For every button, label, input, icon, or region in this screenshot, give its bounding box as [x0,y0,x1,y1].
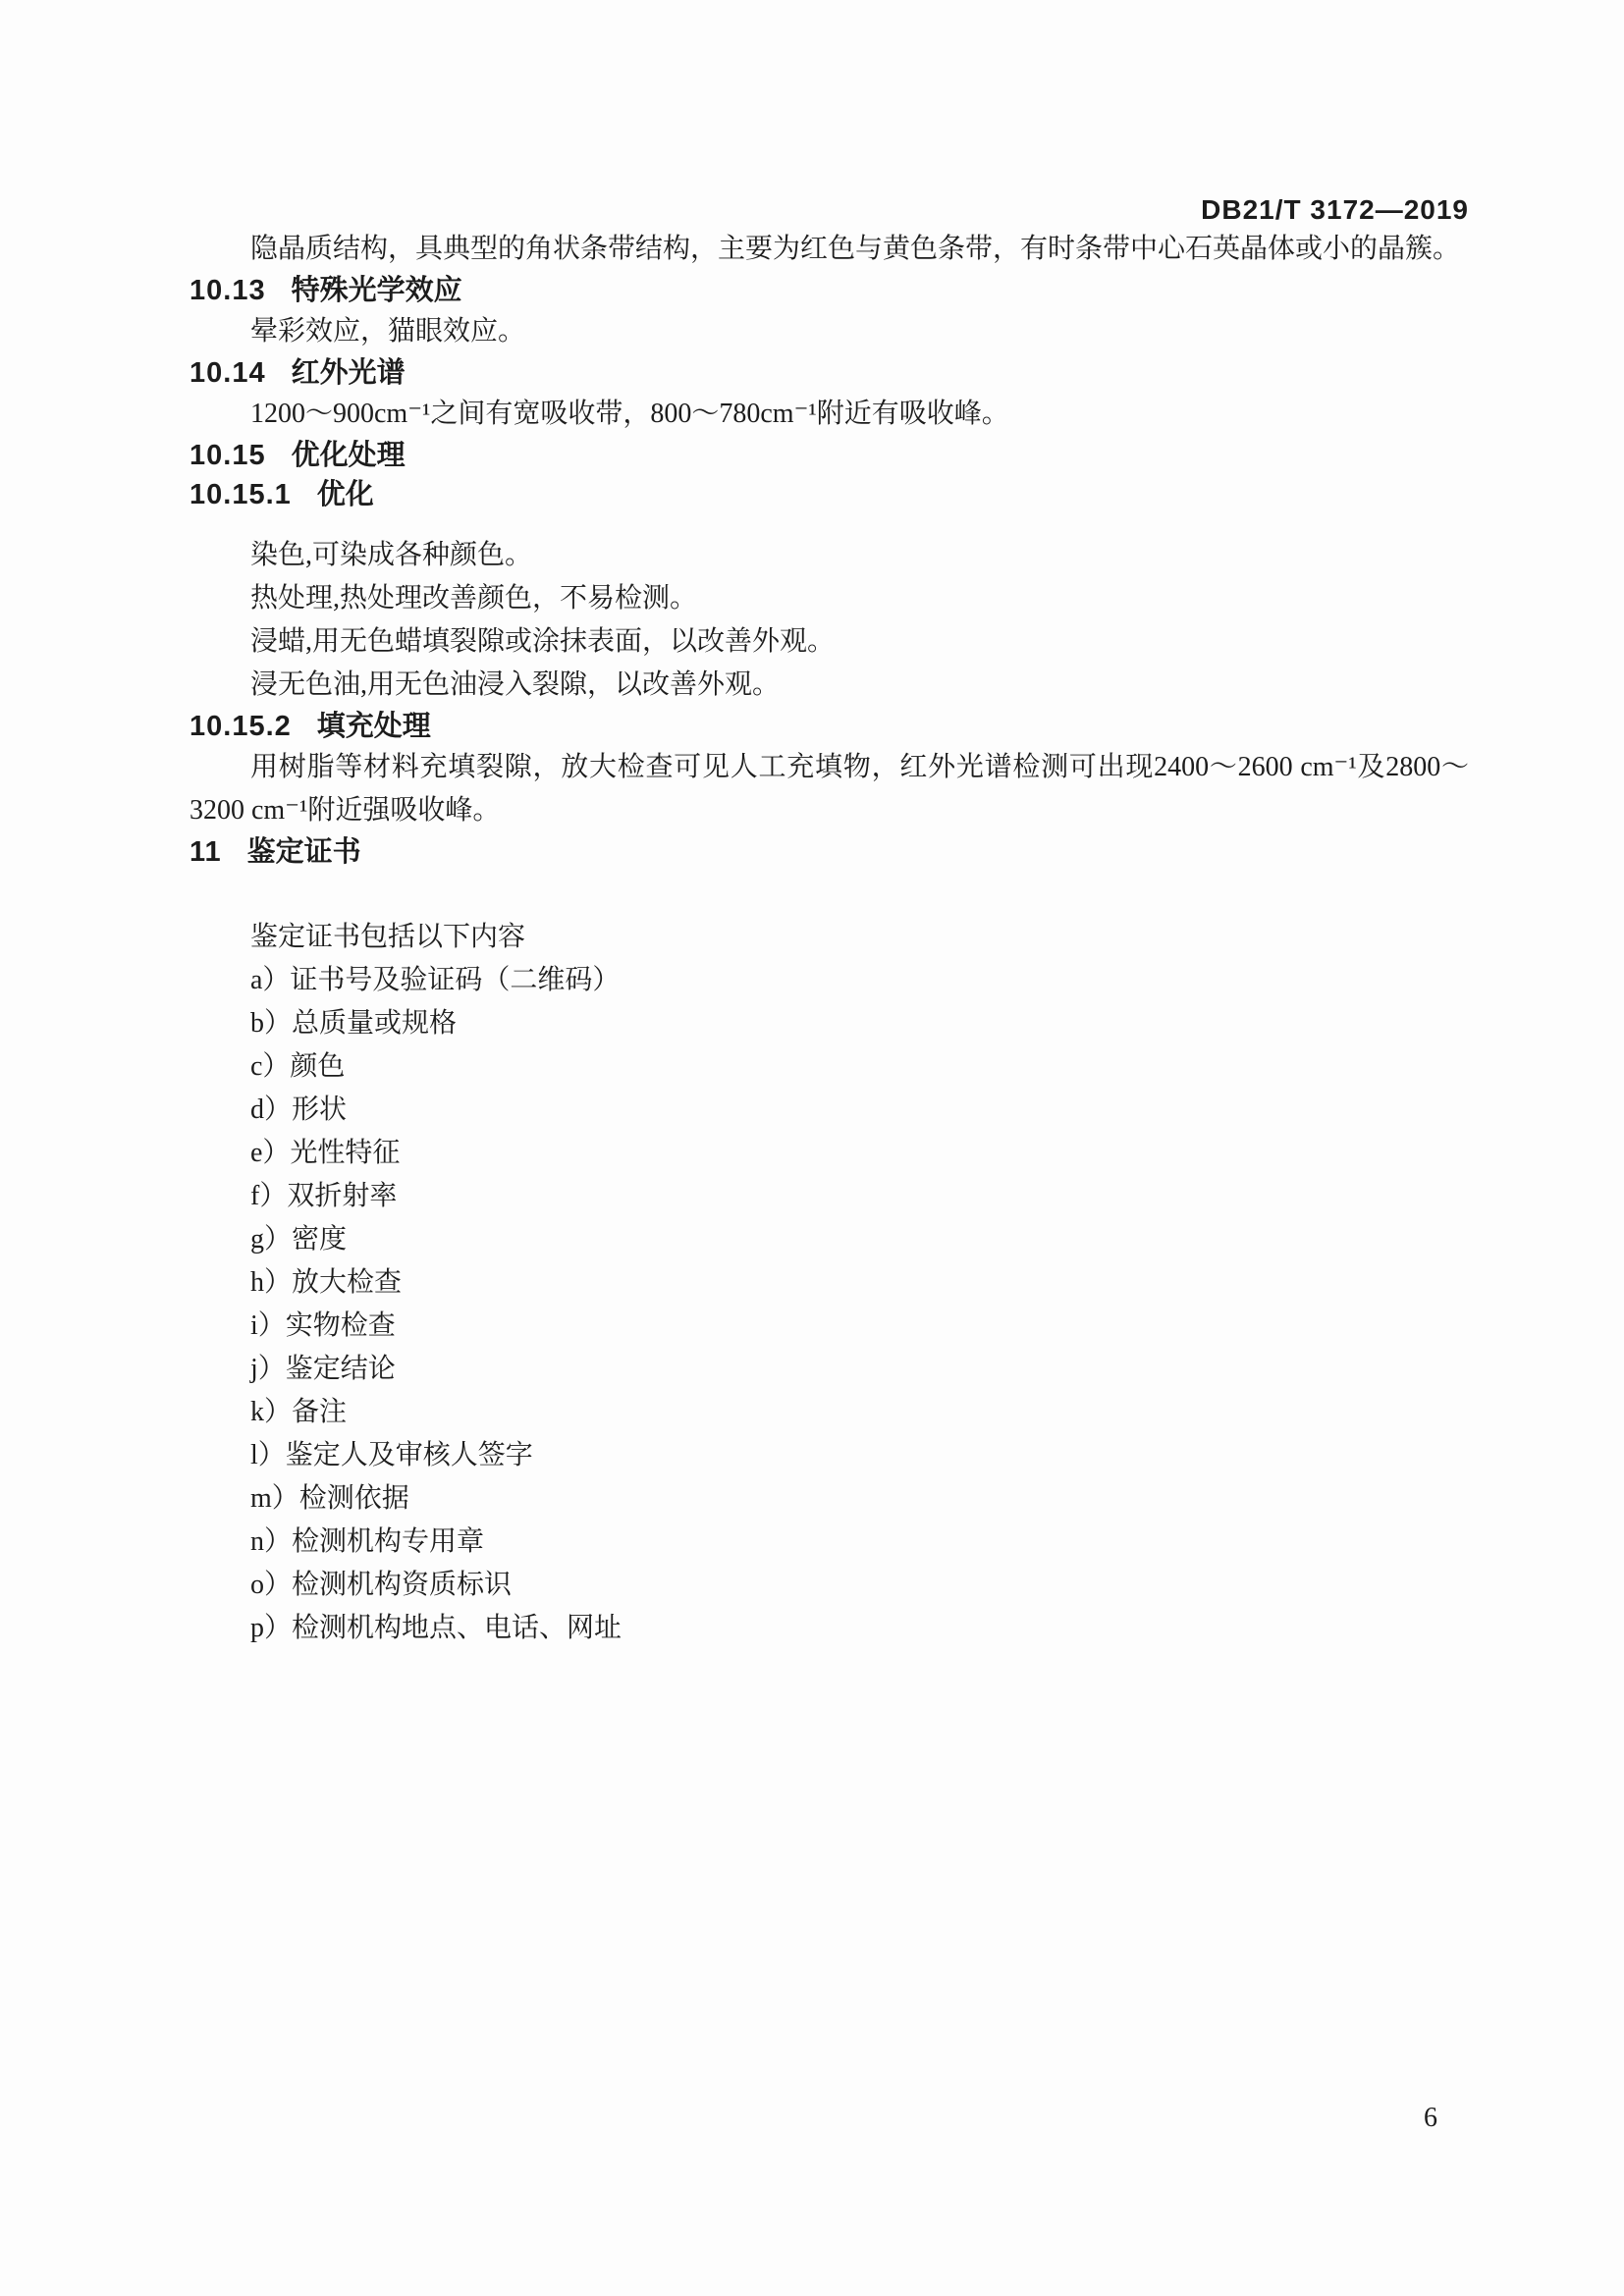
certificate-content-list: a）证书号及验证码（二维码） b）总质量或规格 c）颜色 d）形状 e）光性特征… [250,959,1469,1650]
heading-10-13-title: 特殊光学效应 [292,275,462,306]
heading-10-15: 10.15优化处理 [189,436,1469,475]
list-item: f）双折射率 [250,1175,1469,1218]
list-item: h）放大检查 [250,1261,1469,1305]
optimization-line: 热处理,热处理改善颜色，不易检测。 [250,577,1469,620]
doc-code-header: DB21/T 3172—2019 [189,192,1469,228]
heading-10-15-title: 优化处理 [292,440,406,471]
list-item: m）检测依据 [250,1477,1469,1521]
heading-11-title: 鉴定证书 [247,836,361,868]
list-item: a）证书号及验证码（二维码） [250,959,1469,1002]
heading-10-14-number: 10.14 [189,357,266,389]
list-item: l）鉴定人及审核人签字 [250,1434,1469,1477]
para-certificate-intro: 鉴定证书包括以下内容 [250,916,1469,959]
heading-10-13: 10.13特殊光学效应 [189,271,1469,310]
heading-10-15-1-title: 优化 [317,479,374,510]
heading-10-14: 10.14红外光谱 [189,353,1469,393]
heading-10-15-1-number: 10.15.1 [189,479,292,510]
document-page: DB21/T 3172—2019 隐晶质结构，具典型的角状条带结构，主要为红色与… [0,0,1624,2296]
heading-11: 11鉴定证书 [189,832,1469,872]
para-infrared-spectrum: 1200～900cm⁻¹之间有宽吸收带，800～780cm⁻¹附近有吸收峰。 [189,393,1469,436]
list-item: g）密度 [250,1218,1469,1261]
list-item: n）检测机构专用章 [250,1521,1469,1564]
para-cryptocrystalline: 隐晶质结构，具典型的角状条带结构，主要为红色与黄色条带，有时条带中心石英晶体或小… [189,228,1469,271]
list-item: b）总质量或规格 [250,1002,1469,1045]
page-number: 6 [1424,2101,1437,2136]
list-item: d）形状 [250,1089,1469,1132]
list-item: e）光性特征 [250,1132,1469,1175]
para-optical-effects: 晕彩效应，猫眼效应。 [189,310,1469,353]
optimization-line: 浸蜡,用无色蜡填裂隙或涂抹表面，以改善外观。 [250,620,1469,664]
heading-10-14-title: 红外光谱 [292,357,406,389]
list-item: o）检测机构资质标识 [250,1564,1469,1607]
heading-10-13-number: 10.13 [189,275,266,306]
heading-10-15-2: 10.15.2填充处理 [189,707,1469,746]
optimization-line: 染色,可染成各种颜色。 [250,534,1469,577]
optimization-line: 浸无色油,用无色油浸入裂隙，以改善外观。 [250,664,1469,707]
list-item: k）备注 [250,1391,1469,1434]
list-item: c）颜色 [250,1045,1469,1089]
heading-10-15-1: 10.15.1优化 [189,475,1469,514]
list-item: p）检测机构地点、电话、网址 [250,1607,1469,1650]
list-item: j）鉴定结论 [250,1348,1469,1391]
heading-10-15-2-number: 10.15.2 [189,711,292,742]
heading-11-number: 11 [189,836,222,868]
para-filling-treatment: 用树脂等材料充填裂隙，放大检查可见人工充填物，红外光谱检测可出现2400～260… [189,746,1469,832]
list-item: i）实物检查 [250,1305,1469,1348]
para-optimization-lines: 染色,可染成各种颜色。 热处理,热处理改善颜色，不易检测。 浸蜡,用无色蜡填裂隙… [189,534,1469,707]
heading-10-15-2-title: 填充处理 [317,711,431,742]
heading-10-15-number: 10.15 [189,440,266,471]
